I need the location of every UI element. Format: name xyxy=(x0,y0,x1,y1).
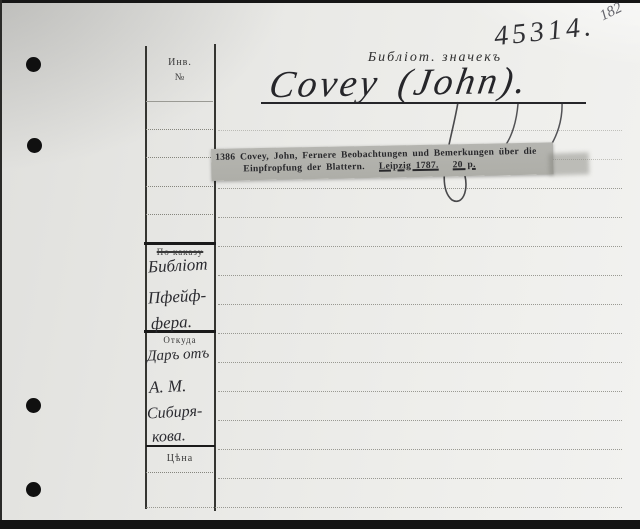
handwritten-origin-line: Сибиря- xyxy=(147,403,203,424)
ruled-line xyxy=(218,246,622,247)
column-left-border xyxy=(145,46,147,509)
handwritten-catalog-number: 45314. xyxy=(493,11,597,53)
scan-edge-bottom xyxy=(0,520,640,529)
column-rule xyxy=(146,101,213,102)
handwritten-origin-line: А. М. xyxy=(149,376,187,398)
ruled-line xyxy=(218,275,622,276)
ruled-line xyxy=(218,478,622,479)
inventory-number-symbol: № xyxy=(147,72,213,83)
punch-hole-3 xyxy=(26,398,41,413)
ruled-line xyxy=(218,217,622,218)
scan-edge-left xyxy=(0,0,2,529)
ruled-line xyxy=(218,333,622,334)
handwritten-library-line: фера. xyxy=(151,312,193,334)
pencil-page-number: 182 xyxy=(597,0,625,25)
handwritten-origin-line: кова. xyxy=(152,427,187,447)
ruled-line xyxy=(218,449,622,450)
price-field-label: Цѣна xyxy=(147,453,213,464)
ruled-line xyxy=(218,362,622,363)
column-rule xyxy=(146,129,213,130)
column-rule xyxy=(146,186,213,187)
ruled-line xyxy=(218,420,622,421)
punch-hole-1 xyxy=(26,57,41,72)
ruled-line xyxy=(218,391,622,392)
ruled-line xyxy=(218,304,622,305)
punch-hole-2 xyxy=(27,138,42,153)
library-catalog-card: Инв. № По каказу Библіот Пфейф- фера. От… xyxy=(0,0,640,529)
pasted-title-label: 1386 Covey, John, Fernere Beobachtungen … xyxy=(211,142,554,181)
handwritten-library-line: Пфейф- xyxy=(148,285,207,308)
column-right-border xyxy=(214,44,216,511)
label-pagination-text: 20 p. xyxy=(453,160,476,170)
ruled-line xyxy=(146,507,622,508)
scan-edge-top xyxy=(0,0,640,3)
paper-smudge xyxy=(549,152,590,175)
handwritten-origin-line: Даръ отъ xyxy=(147,345,210,365)
punch-hole-4 xyxy=(26,482,41,497)
origin-field-label: Откуда xyxy=(147,335,213,345)
inventory-number-label: Инв. xyxy=(147,57,213,68)
label-title-text: Einpfropfung der Blattern. xyxy=(243,162,365,174)
column-rule xyxy=(146,157,213,158)
handwritten-library-line: Библіот xyxy=(148,254,209,277)
column-section-divider xyxy=(144,242,216,245)
label-imprint-text: Leipzig 1787. xyxy=(379,161,439,172)
column-rule xyxy=(146,214,213,215)
column-rule xyxy=(146,472,213,473)
